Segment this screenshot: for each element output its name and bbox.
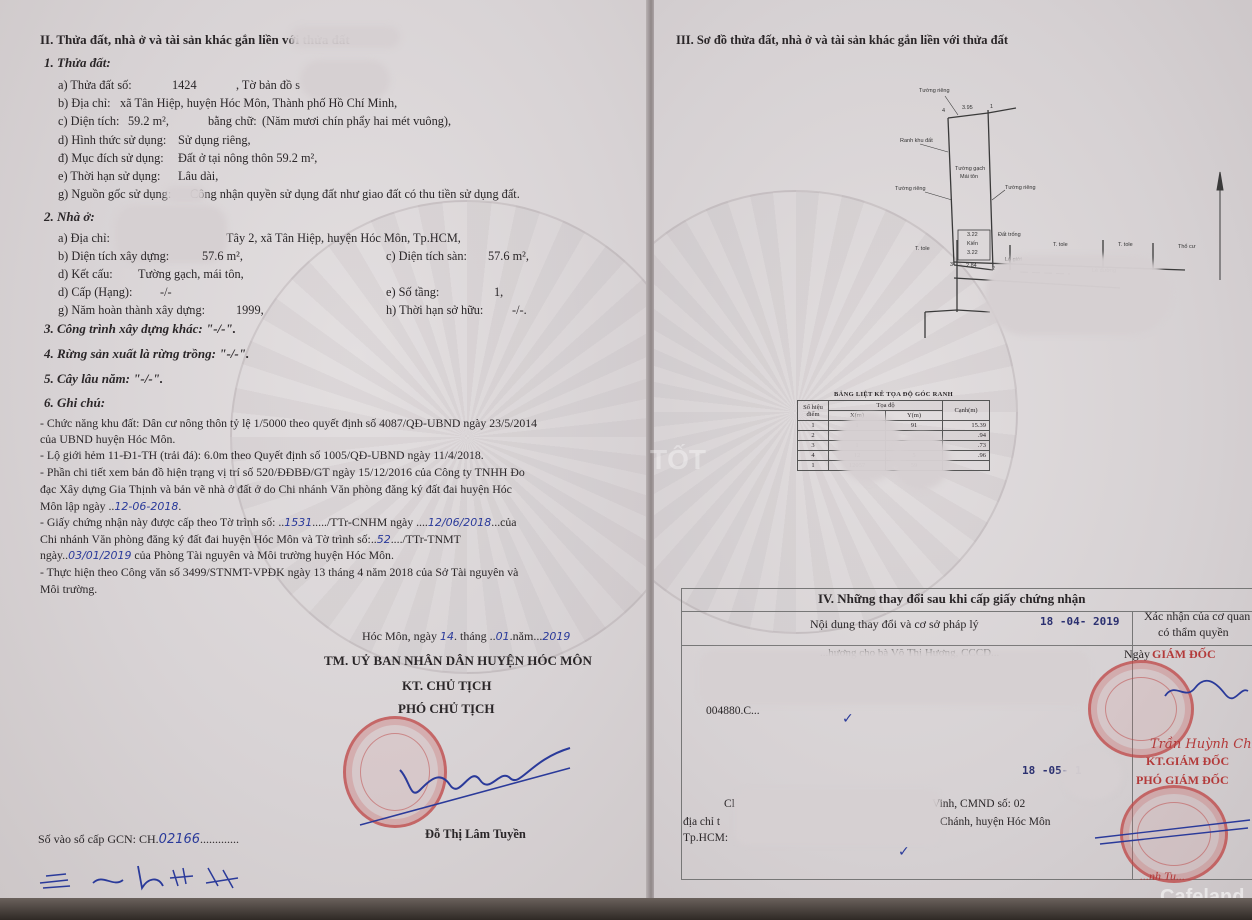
usage-form-label: d) Hình thức sử dụng: [58,134,166,146]
grade-label: d) Cấp (Hạng): [58,286,132,298]
label-t-mid2: T. tole [1118,242,1133,248]
origin-value: Công nhận quyền sử dụng đất như giao đất… [190,188,520,200]
floors-label: e) Số tầng: [386,286,439,298]
ownership-term-label: h) Thời hạn sở hữu: [386,304,483,316]
note-line: Môn lập ngày ..12-06-2018. [40,501,181,513]
year-label: g) Năm hoàn thành xây dựng: [58,304,205,316]
coordinate-cell-point: 3 [798,441,829,451]
note-line: đạc Xây dựng Gia Thịnh và bản vẽ nhà ở đ… [40,484,512,496]
label-house: Tường gạch [955,166,985,172]
label-pt3: 3 [950,262,953,268]
parcel-value: 1424 [172,79,197,91]
label-dim-top: 3.95 [962,105,973,111]
year-value: 1999, [236,304,264,316]
address-value: xã Tân Hiệp, huyện Hóc Môn, Thành phố Hồ… [120,97,397,109]
entry2-line1-b: Vinh, CMND số: 02 [932,799,1025,811]
label-pt4: 4 [942,108,945,114]
label-kitchen: Kiến [967,241,978,247]
note-line-text: Chi nhánh Văn phòng đăng ký đất đai huyệ… [40,532,377,546]
forest: 4. Rừng sản xuất là rừng trồng: "-/-". [44,347,249,360]
note-line: ngày..03/01/2019 của Phòng Tài nguyên và… [40,550,394,562]
perennial: 5. Cây lâu năm: "-/-". [44,372,163,385]
area-words-value: (Năm mươi chín phẩy hai mét vuông), [262,115,451,127]
label-dim-bottom: 2.84 [966,263,977,269]
other-construction: 3. Công trình xây dựng khác: "-/-". [44,322,236,335]
structure-label: d) Kết cấu: [58,268,113,280]
ownership-term-value: -/-. [512,304,527,316]
kt-director: KT.GIÁM ĐỐC [1146,755,1229,767]
entry1-number: 004880.C... [706,706,760,718]
place-date: Hóc Môn, ngày 14. tháng ..01.năm...2019 [362,630,570,642]
note-line-text: - Giấy chứng nhận này được cấp theo Tờ t… [40,515,284,529]
signature [340,730,580,830]
signature-1 [1160,676,1250,706]
note-line: - Chức năng khu đất: Dân cư nông thôn tỷ… [40,418,537,430]
floors-value: 1, [494,286,503,298]
signer-role-1: KT. CHỦ TỊCH [402,679,491,692]
signature-2 [1090,808,1252,848]
table-surface [0,898,1252,920]
area-label: c) Diện tích: [58,115,119,127]
entry2-line2-a: địa chỉ t [683,817,720,829]
registry-dots: ............. [200,832,239,846]
note-line: của UBND huyện Hóc Môn. [40,434,175,446]
purpose-label: đ) Mục đích sử dụng: [58,152,164,164]
entry1-check: ✓ [842,712,854,726]
note-line-text: của Phòng Tài nguyên và Môi trường huyện… [131,548,393,562]
date-prefix: Ngày [1124,648,1150,660]
label-residential: Thổ cư [1178,244,1195,250]
note-line-text: Môn lập ngày .. [40,499,114,513]
handwritten-drawing-date: 12-06-2018 [114,500,178,513]
entry2-line2-b: Chánh, huyện Hóc Môn [940,817,1051,829]
coordinate-table-title: BẢNG LIỆT KÊ TỌA ĐỘ GÓC RANH [797,391,990,398]
label-t-mid1: T. tole [1053,242,1068,248]
coordinate-cell-point: 2 [798,431,829,441]
handwritten-initials [38,858,248,898]
changes-col2-header-1: Xác nhận của cơ quan [1144,610,1250,622]
label-t-left: T. tole [915,246,930,252]
label-dim-a: 3.22 [967,232,978,238]
changes-col2-header-2: có thẩm quyền [1158,626,1229,638]
note-line: - Lộ giới hẻm 11-Đ1-TH (trải đá): 6.0m t… [40,450,484,462]
registry-label: Số vào sổ cấp GCN: CH. [38,832,159,846]
year-label: .năm... [510,629,543,643]
signer-role-2: PHÓ CHỦ TỊCH [398,702,495,715]
signer1-name: Trần Huỳnh Châu [1150,738,1252,751]
header-y: Y(m) [886,411,943,421]
changes-title: IV. Những thay đổi sau khi cấp giấy chứn… [818,592,1086,605]
usage-form-value: Sử dụng riêng, [178,134,251,146]
structure-value: Tường gạch, mái tôn, [138,268,244,280]
label-boundary: Ranh khu đất [900,138,933,144]
signer-name: Đỗ Thị Lâm Tuyền [425,828,526,841]
handwritten-tnmt-date: 03/01/2019 [68,549,131,562]
background-emblem [230,200,648,674]
place-date-prefix: Hóc Môn, ngày [362,629,437,643]
signer2-name: ...nh Tu... [1140,870,1185,882]
note-line: - Phần chi tiết xem bản đồ hiện trạng vị… [40,467,525,479]
house-address-label: a) Địa chỉ: [58,232,110,244]
header-coordinates: Tọa độ [829,401,943,411]
coordinate-cell-edge: 15.39 [943,421,990,431]
header-edge: Cạnh(m) [943,401,990,421]
house-heading: 2. Nhà ở: [44,210,95,223]
registry-number: Số vào sổ cấp GCN: CH.02166............. [38,833,239,846]
build-area-label: b) Diện tích xây dựng: [58,250,169,262]
stamp-date-1: 18 -04- 2019 [1040,616,1119,627]
issuing-org: TM. UỶ BAN NHÂN DÂN HUYỆN HÓC MÔN [324,654,592,667]
watermark-center: TỐT [650,444,706,476]
notes-heading: 6. Ghi chú: [44,396,105,409]
term-label: e) Thời hạn sử dụng: [58,170,160,182]
sign-month: 01 [496,630,510,643]
area-value: 59.2 m², [128,115,169,127]
build-area-value: 57.6 m², [202,250,243,262]
area-words-label: bằng chữ: [208,115,257,127]
section-3-title: III. Sơ đồ thửa đất, nhà ở và tài sản kh… [676,34,1008,47]
coordinate-cell-edge: .73 [943,441,990,451]
sign-day: 14 [440,630,454,643]
label-pt1: 1 [990,104,993,110]
note-line: Môi trường. [40,584,97,596]
coordinate-cell-edge: .94 [943,431,990,441]
month-label: . tháng .. [454,629,496,643]
note-line: Chi nhánh Văn phòng đăng ký đất đai huyệ… [40,534,461,546]
parcel-label: a) Thửa đất số: [58,79,132,91]
note-line-text: ...của [491,515,516,529]
coordinate-cell-point: 1 [798,461,829,471]
address-label: b) Địa chỉ: [58,97,111,109]
label-roof: Mái tôn [960,174,978,180]
entry2-check: ✓ [898,845,910,859]
floor-area-label: c) Diện tích sàn: [386,250,467,262]
label-wall-left: Tường riêng [895,186,926,192]
coordinate-cell-point: 4 [798,451,829,461]
certificate-left-page: II. Thửa đất, nhà ở và tài sản khác gắn … [0,0,648,900]
sign-year: 2019 [542,630,570,643]
term-value: Lâu dài, [178,170,218,182]
floor-area-value: 57.6 m², [488,250,529,262]
note-line-text: ngày.. [40,548,68,562]
handwritten-tnmt-no: 52 [377,533,391,546]
note-line: - Thực hiện theo Công văn số 3499/STNMT-… [40,567,518,579]
director-title: GIÁM ĐỐC [1152,648,1216,660]
purpose-value: Đất ở tại nông thôn 59.2 m², [178,152,317,164]
handwritten-report-date: 12/06/2018 [428,516,491,529]
house-address-value: Tây 2, xã Tân Hiệp, huyện Hóc Môn, Tp.HC… [226,232,461,244]
header-point: Số hiệu điểm [798,401,829,421]
map-sheet-label: , Tờ bản đồ s [236,79,300,91]
land-heading: 1. Thửa đất: [44,56,111,69]
note-line-text: ..../TTr-TNMT [391,532,461,546]
deputy-director: PHÓ GIÁM ĐỐC [1136,774,1229,786]
label-wall-right: Tường riêng [1005,185,1036,191]
label-open-land: Đất trống [998,232,1021,238]
handwritten-report-no: 1531 [284,516,312,529]
label-wall-top: Tường riêng [919,88,950,94]
changes-col1-header: Nội dung thay đổi và cơ sở pháp lý [810,618,979,630]
entry2-line3: Tp.HCM: [683,833,728,845]
registry-value: 02166 [159,832,200,847]
origin-label: g) Nguồn gốc sử dụng: [58,188,171,200]
grade-value: -/- [160,286,172,298]
label-dim-b: 3.22 [967,250,978,256]
entry2-line1-a: Cl [724,799,735,811]
note-line-text: ...../TTr-CNHM ngày .... [312,515,428,529]
coordinate-cell-point: 1 [798,421,829,431]
note-line: - Giấy chứng nhận này được cấp theo Tờ t… [40,517,517,529]
